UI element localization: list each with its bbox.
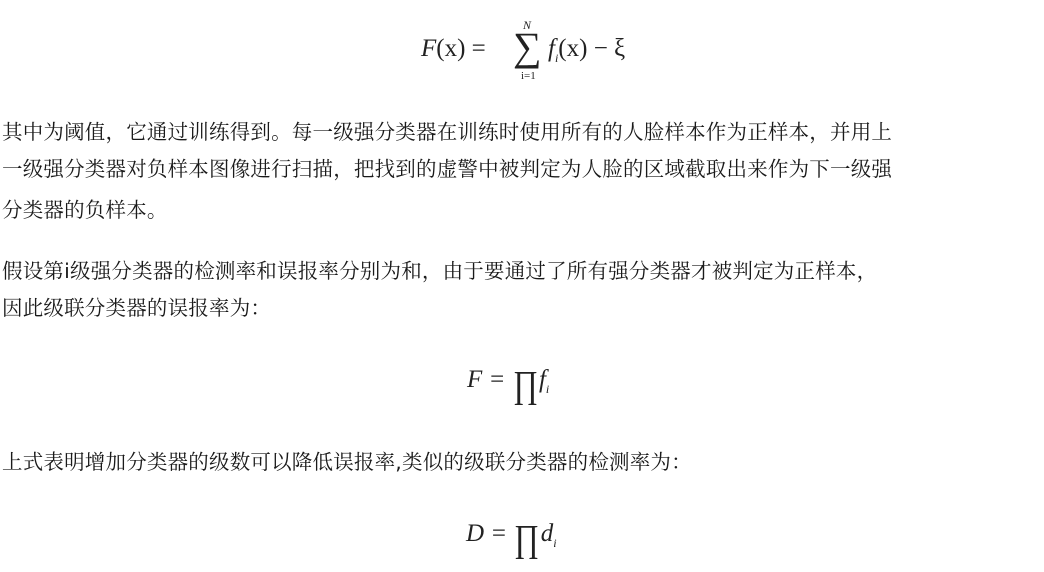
paragraph-false-positive-rate: 假设第i级强分类器的检测率和误报率分别为和，由于要通过了所有强分类器才被判定为正…: [2, 253, 1042, 327]
formula-lhs: D =: [466, 520, 513, 547]
formula-detection-rate-product: D = ∏di: [466, 517, 557, 561]
formula-term: f: [539, 366, 546, 393]
formula-strong-classifier-sum: F(x) = N ∑ i=1 fi(x) − ξ: [421, 18, 631, 88]
formula-subscript: i: [553, 536, 556, 550]
text-line: 上式表明增加分类器的级数可以降低误报率,类似的级联分类器的检测率为：: [2, 444, 1042, 481]
formula-subscript: i: [546, 382, 549, 396]
sum-lower-limit: i=1: [521, 70, 536, 82]
formula-lhs: F =: [467, 366, 512, 393]
text-line: 因此级联分类器的误报率为：: [2, 290, 1042, 327]
text-line: 其中为阈值，它通过训练得到。每一级强分类器在训练时使用所有的人脸样本作为正样本，…: [2, 114, 1042, 151]
paragraph-detection-rate: 上式表明增加分类器的级数可以降低误报率,类似的级联分类器的检测率为：: [2, 444, 1042, 481]
formula-false-positive-product: F = ∏fi: [467, 363, 549, 407]
text-line: 分类器的负样本。: [2, 192, 1042, 229]
text-line: 一级强分类器对负样本图像进行扫描，把找到的虚警中被判定为人脸的区域截取出来作为下…: [2, 151, 1042, 188]
formula-lhs: F(x) =: [421, 35, 486, 63]
text-line: 假设第i级强分类器的检测率和误报率分别为和，由于要通过了所有强分类器才被判定为正…: [2, 253, 1042, 290]
formula-rhs: fi(x) − ξ: [548, 35, 625, 66]
product-symbol: ∏: [513, 363, 538, 407]
formula-term: d: [541, 520, 554, 547]
sigma-symbol: ∑: [513, 27, 542, 67]
product-symbol: ∏: [515, 517, 540, 561]
paragraph-threshold-training: 其中为阈值，它通过训练得到。每一级强分类器在训练时使用所有的人脸样本作为正样本，…: [2, 114, 1042, 229]
